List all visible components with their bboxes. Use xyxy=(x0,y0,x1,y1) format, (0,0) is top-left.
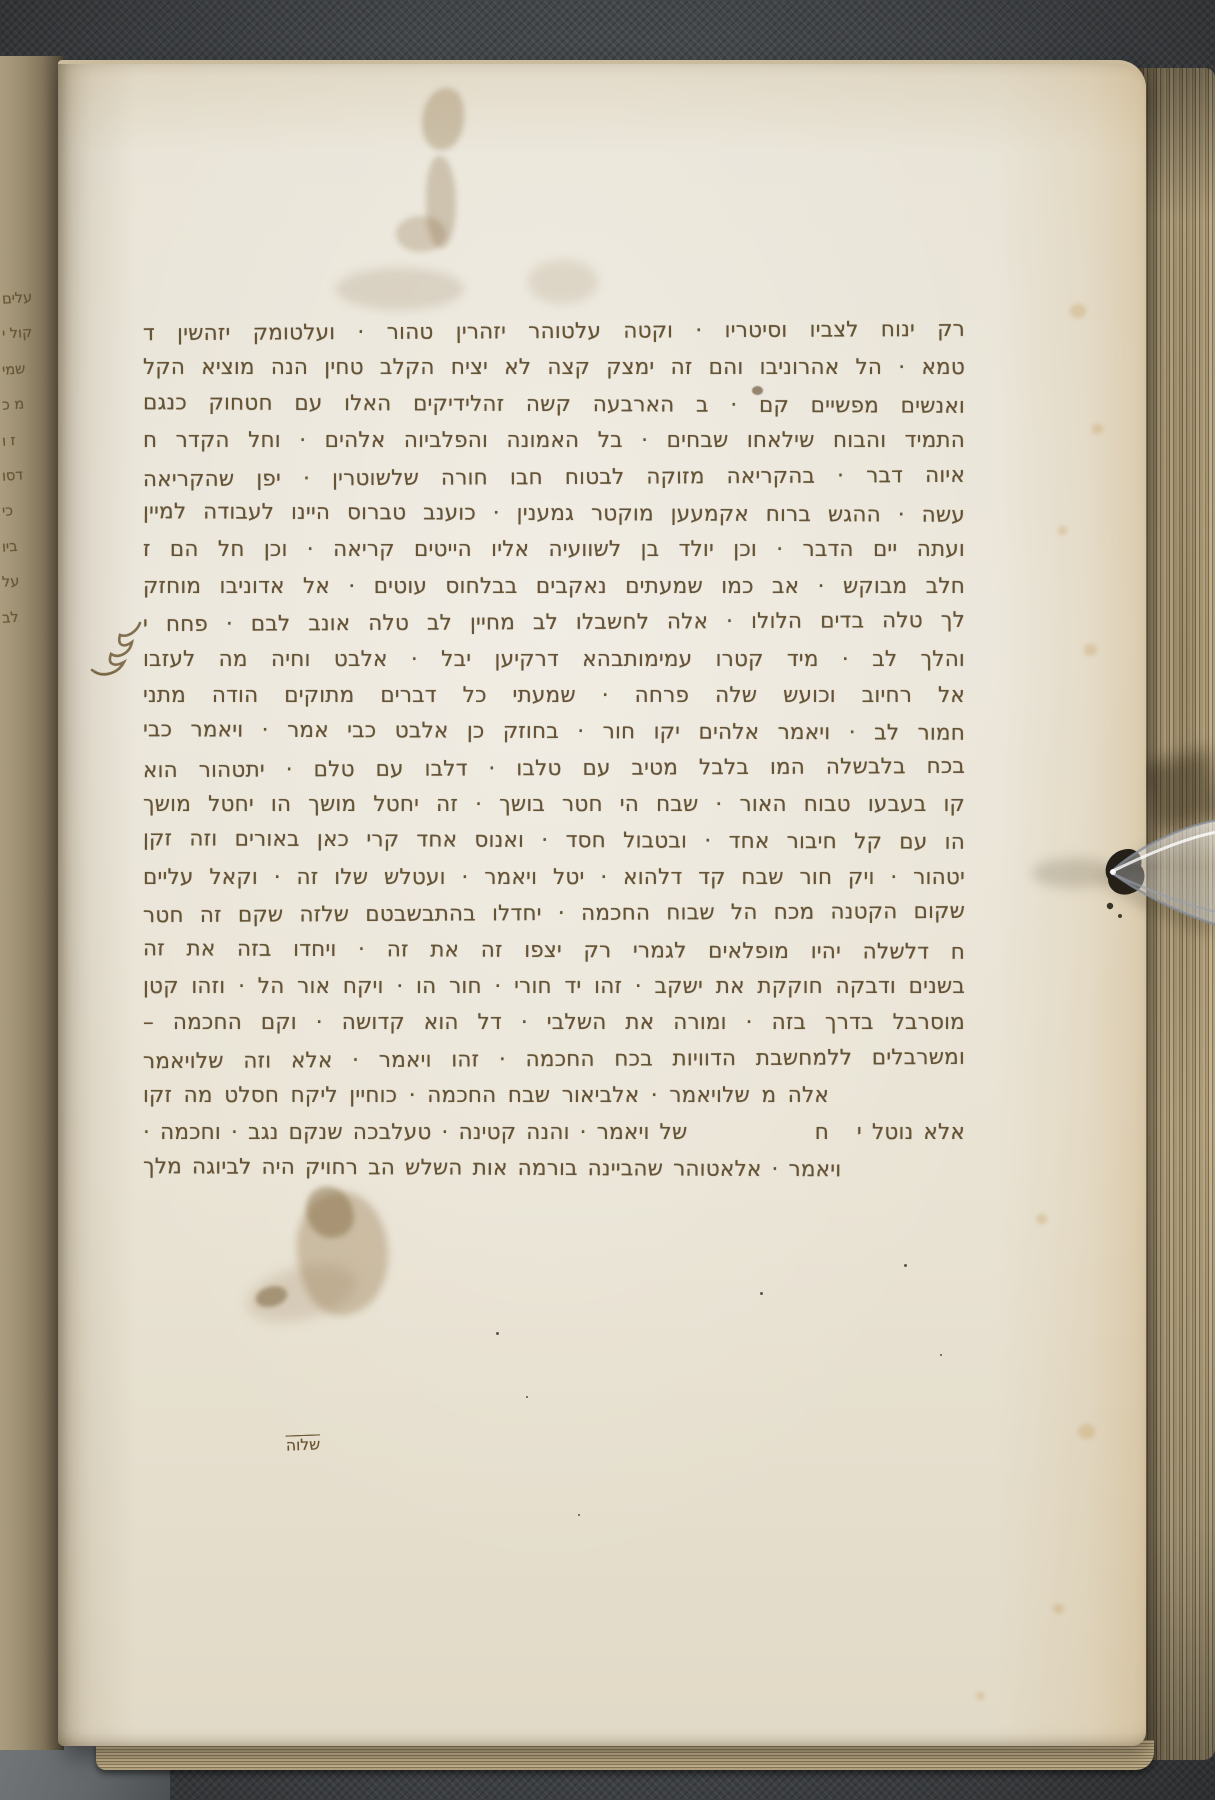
text-line: עשה · ההגש ברוח אקמעען מוקטר גמענין · כו… xyxy=(143,494,965,534)
text-line: מוסרבל בדרך בזה · ומורה את השלבי · דל הו… xyxy=(143,1005,965,1041)
ink-stain xyxy=(336,268,464,310)
text-line: רק ינוח לצביו וסיטריו · וקטה עלטוהר יזהר… xyxy=(143,312,965,353)
foxing-spot xyxy=(1092,424,1103,434)
text-line-right: אלא נוטל י xyxy=(857,1115,965,1151)
text-line: ואנשים מפשיים קם · ב הארבעה קשה זהלידיקי… xyxy=(143,385,965,425)
text-line: אלא נוטל ישל ויאמר · והנה קטינה · טעלבכה… xyxy=(143,1115,965,1151)
foxing-spot xyxy=(1078,1424,1095,1439)
text-line: קו בעבעו טבוח האור · שבח הי חטר בושך · ז… xyxy=(143,787,965,823)
text-line: אלה מ שלויאמר · אלביאור שבח החכמה · כוחי… xyxy=(143,1078,965,1114)
margin-fragment: דסו xyxy=(2,465,55,485)
text-line-left: של ויאמר · והנה קטינה · טעלבכה שנקם נגב … xyxy=(143,1115,687,1151)
pen-flourish xyxy=(88,620,146,682)
text-line: אל רחיוב וכועש שלה פרחה · שמעתי כל דברים… xyxy=(143,678,965,714)
text-line: הו עם קל חיבור אחד · ובטבול חסד · ואנוס … xyxy=(143,822,965,862)
foxing-spot xyxy=(976,1692,985,1700)
text-line: איוה דבר · בהקריאה מזוקה לבטוח חבו חורה … xyxy=(143,457,965,498)
stain-blob xyxy=(254,1283,290,1310)
margin-fragment: על xyxy=(2,571,55,591)
margin-fragment: כי xyxy=(2,501,55,521)
stain-blob xyxy=(284,1183,403,1324)
ink-speck xyxy=(578,1514,580,1516)
text-line: ויאמר · אלאטוהר שהביינה בורמה אות השלש ה… xyxy=(143,1149,965,1189)
text-line: לך טלה בדים הלולו · אלה לחשבלו לב מחיין … xyxy=(143,603,965,644)
text-line: יטהור · ויק חור שבח קד דלהוא · יטל ויאמר… xyxy=(143,860,965,896)
margin-fragment: ביו xyxy=(2,536,55,556)
margin-fragment: ז ו xyxy=(2,430,55,450)
text-line: ח דלשלה יהיו מופלאים לגמרי רק יצפו זה את… xyxy=(143,931,965,971)
ink-speck xyxy=(526,1396,528,1398)
text-line: טמא · הל אהרוניבו והם זה ימצק קצה לא יצי… xyxy=(143,350,965,386)
ink-speck xyxy=(496,1332,499,1335)
foxing-spot xyxy=(1036,1214,1047,1224)
margin-fragment: עלים xyxy=(2,288,55,308)
ink-stain xyxy=(528,260,598,304)
text-line: חמור לב · ויאמר אלהים יקו חור · בחוזק כן… xyxy=(143,713,965,753)
ink-stain xyxy=(396,216,446,252)
margin-fragment: מ כ xyxy=(2,394,55,414)
text-line: ומשרבלים ללמחשבת הדוויות בכח החכמה · זהו… xyxy=(143,1040,965,1081)
facing-page-gutter: עליםקול ישמימ כז ודסוכיביועללב xyxy=(0,56,64,1750)
text-line: התמיד והבוח שילאחו שבחים · בל האמונה והפ… xyxy=(143,423,965,459)
foxing-spot xyxy=(1053,1604,1064,1614)
stain-blob xyxy=(301,1181,358,1243)
catchword: שלוה xyxy=(286,1435,321,1454)
foxing-spot xyxy=(1070,304,1086,318)
ink-speck xyxy=(940,1354,942,1356)
foxing-spot xyxy=(1084,644,1097,656)
text-line: והלך לב · מיד קטרו עמימותבהא דרקיען יבל … xyxy=(143,642,965,678)
ink-speck xyxy=(904,1264,907,1267)
large-stain xyxy=(207,1167,424,1362)
text-line: שקום הקטנה מכח הל שבוח החכמה · יחדלו בהת… xyxy=(143,894,965,935)
ink-speck xyxy=(760,1292,763,1295)
ink-stain xyxy=(422,88,464,150)
foxing-spot xyxy=(1058,526,1067,535)
text-line: בכח בלבשלה המו בלבל מטיב עם טלבו · דלבו … xyxy=(143,749,965,790)
text-line: ועתה יים הדבר · וכן יולד בן לשוועיה אליו… xyxy=(143,532,965,568)
text-line: בשנים ודבקה חוקקת את ישקב · זהו יד חורי … xyxy=(143,969,965,1005)
manuscript-page: רק ינוח לצביו וסיטריו · וקטה עלטוהר יזהר… xyxy=(58,60,1146,1746)
acrylic-page-weight[interactable] xyxy=(1103,810,1215,932)
manuscript-photo: עליםקול ישמימ כז ודסוכיביועללב xyxy=(0,0,1215,1800)
text-block: רק ינוח לצביו וסיטריו · וקטה עלטוהר יזהר… xyxy=(143,314,965,1187)
margin-fragment: לב xyxy=(2,607,55,627)
text-line: חלב מבוקש · אב כמו שמעתים נאקבים בבלחוס … xyxy=(143,569,965,605)
stain-blob xyxy=(241,1254,362,1332)
margin-fragment: שמי xyxy=(2,359,55,379)
ink-stain xyxy=(426,156,456,248)
margin-fragment: קול י xyxy=(2,324,55,344)
